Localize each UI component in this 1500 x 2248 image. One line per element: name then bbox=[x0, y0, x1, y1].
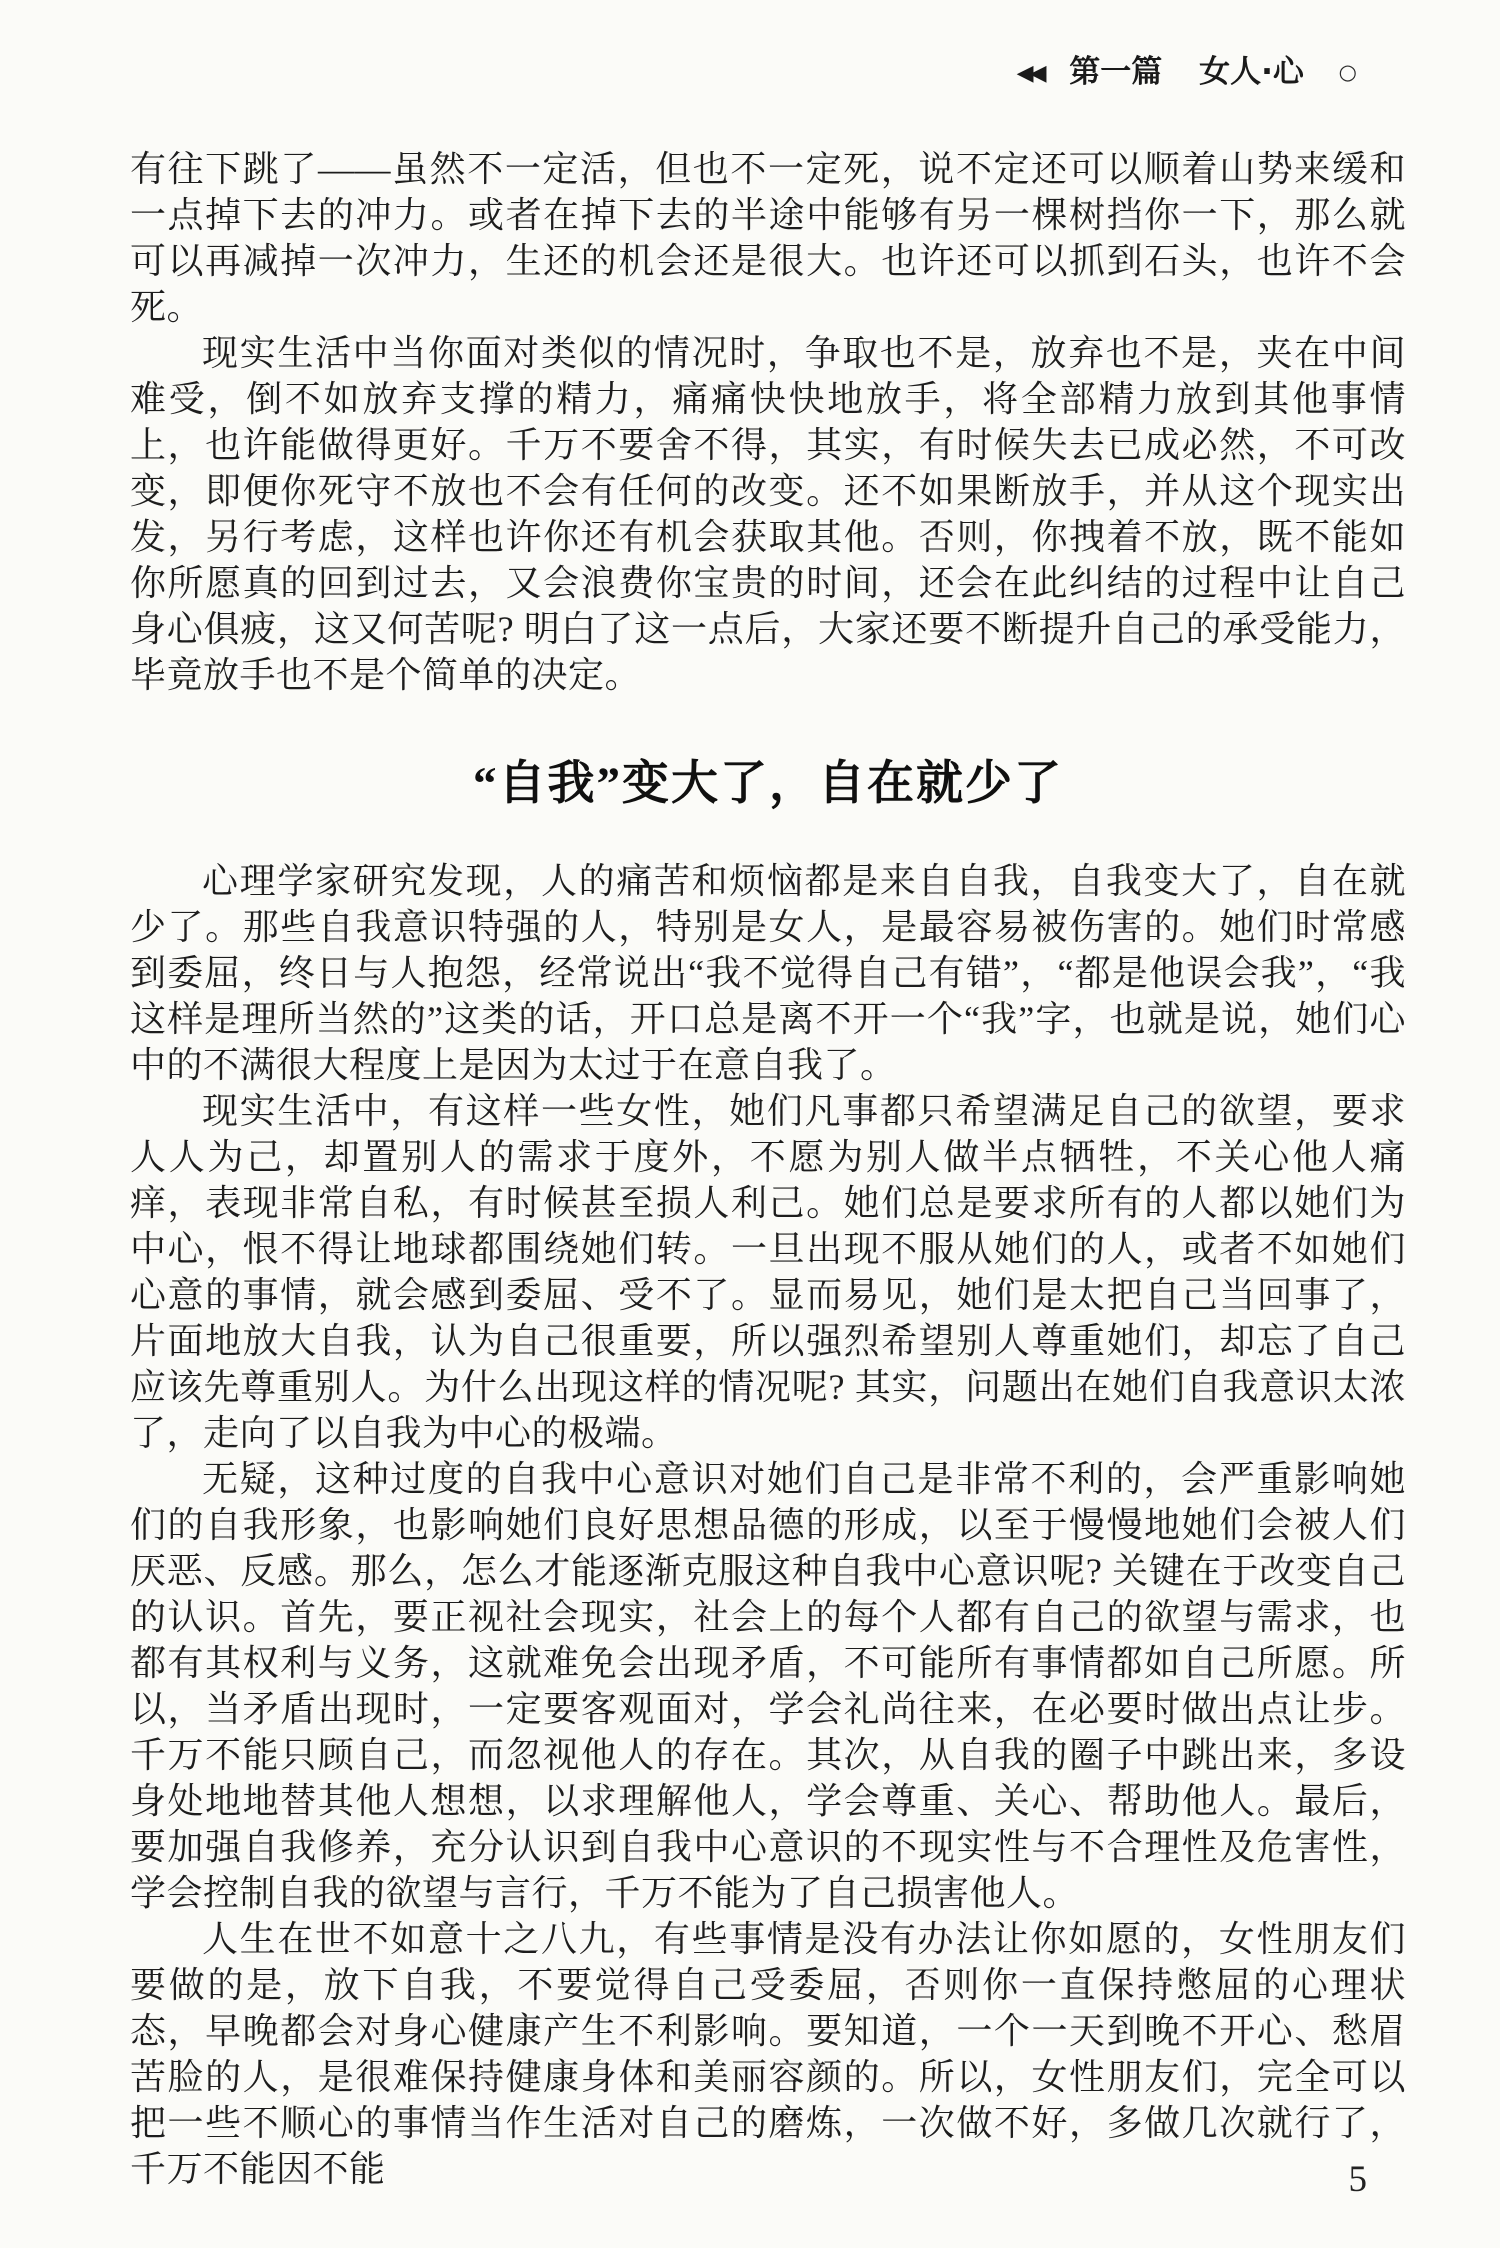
rewind-icon: ◀◀ bbox=[1017, 61, 1043, 86]
section-title: 女人·心 bbox=[1199, 54, 1304, 90]
book-page: ◀◀ 第一篇 女人·心 ○ 有往下跳了——虽然不一定活，但也不一定死，说不定还可… bbox=[0, 0, 1500, 2248]
page-number: 5 bbox=[1349, 2161, 1368, 2198]
running-header: ◀◀ 第一篇 女人·心 ○ bbox=[0, 52, 1357, 96]
body-paragraph-3: 心理学家研究发现，人的痛苦和烦恼都是来自自我，自我变大了，自在就少了。那些自我意… bbox=[130, 858, 1406, 1088]
body-paragraph-4: 现实生活中，有这样一些女性，她们凡事都只希望满足自己的欲望，要求人人为己，却置别… bbox=[130, 1088, 1406, 1456]
body-paragraph-5: 无疑，这种过度的自我中心意识对她们自己是非常不利的，会严重影响她们的自我形象，也… bbox=[130, 1456, 1406, 1916]
section-heading: “自我”变大了，自在就少了 bbox=[130, 754, 1406, 814]
section-label: 第一篇 bbox=[1069, 54, 1162, 90]
body-paragraph-2: 现实生活中当你面对类似的情况时，争取也不是，放弃也不是，夹在中间难受，倒不如放弃… bbox=[130, 330, 1406, 698]
body-text: 有往下跳了——虽然不一定活，但也不一定死，说不定还可以顺着山势来缓和一点掉下去的… bbox=[130, 146, 1406, 2192]
body-paragraph-1: 有往下跳了——虽然不一定活，但也不一定死，说不定还可以顺着山势来缓和一点掉下去的… bbox=[130, 146, 1406, 330]
circle-icon: ○ bbox=[1339, 60, 1357, 84]
body-paragraph-6: 人生在世不如意十之八九，有些事情是没有办法让你如愿的，女性朋友们要做的是，放下自… bbox=[130, 1916, 1406, 2192]
